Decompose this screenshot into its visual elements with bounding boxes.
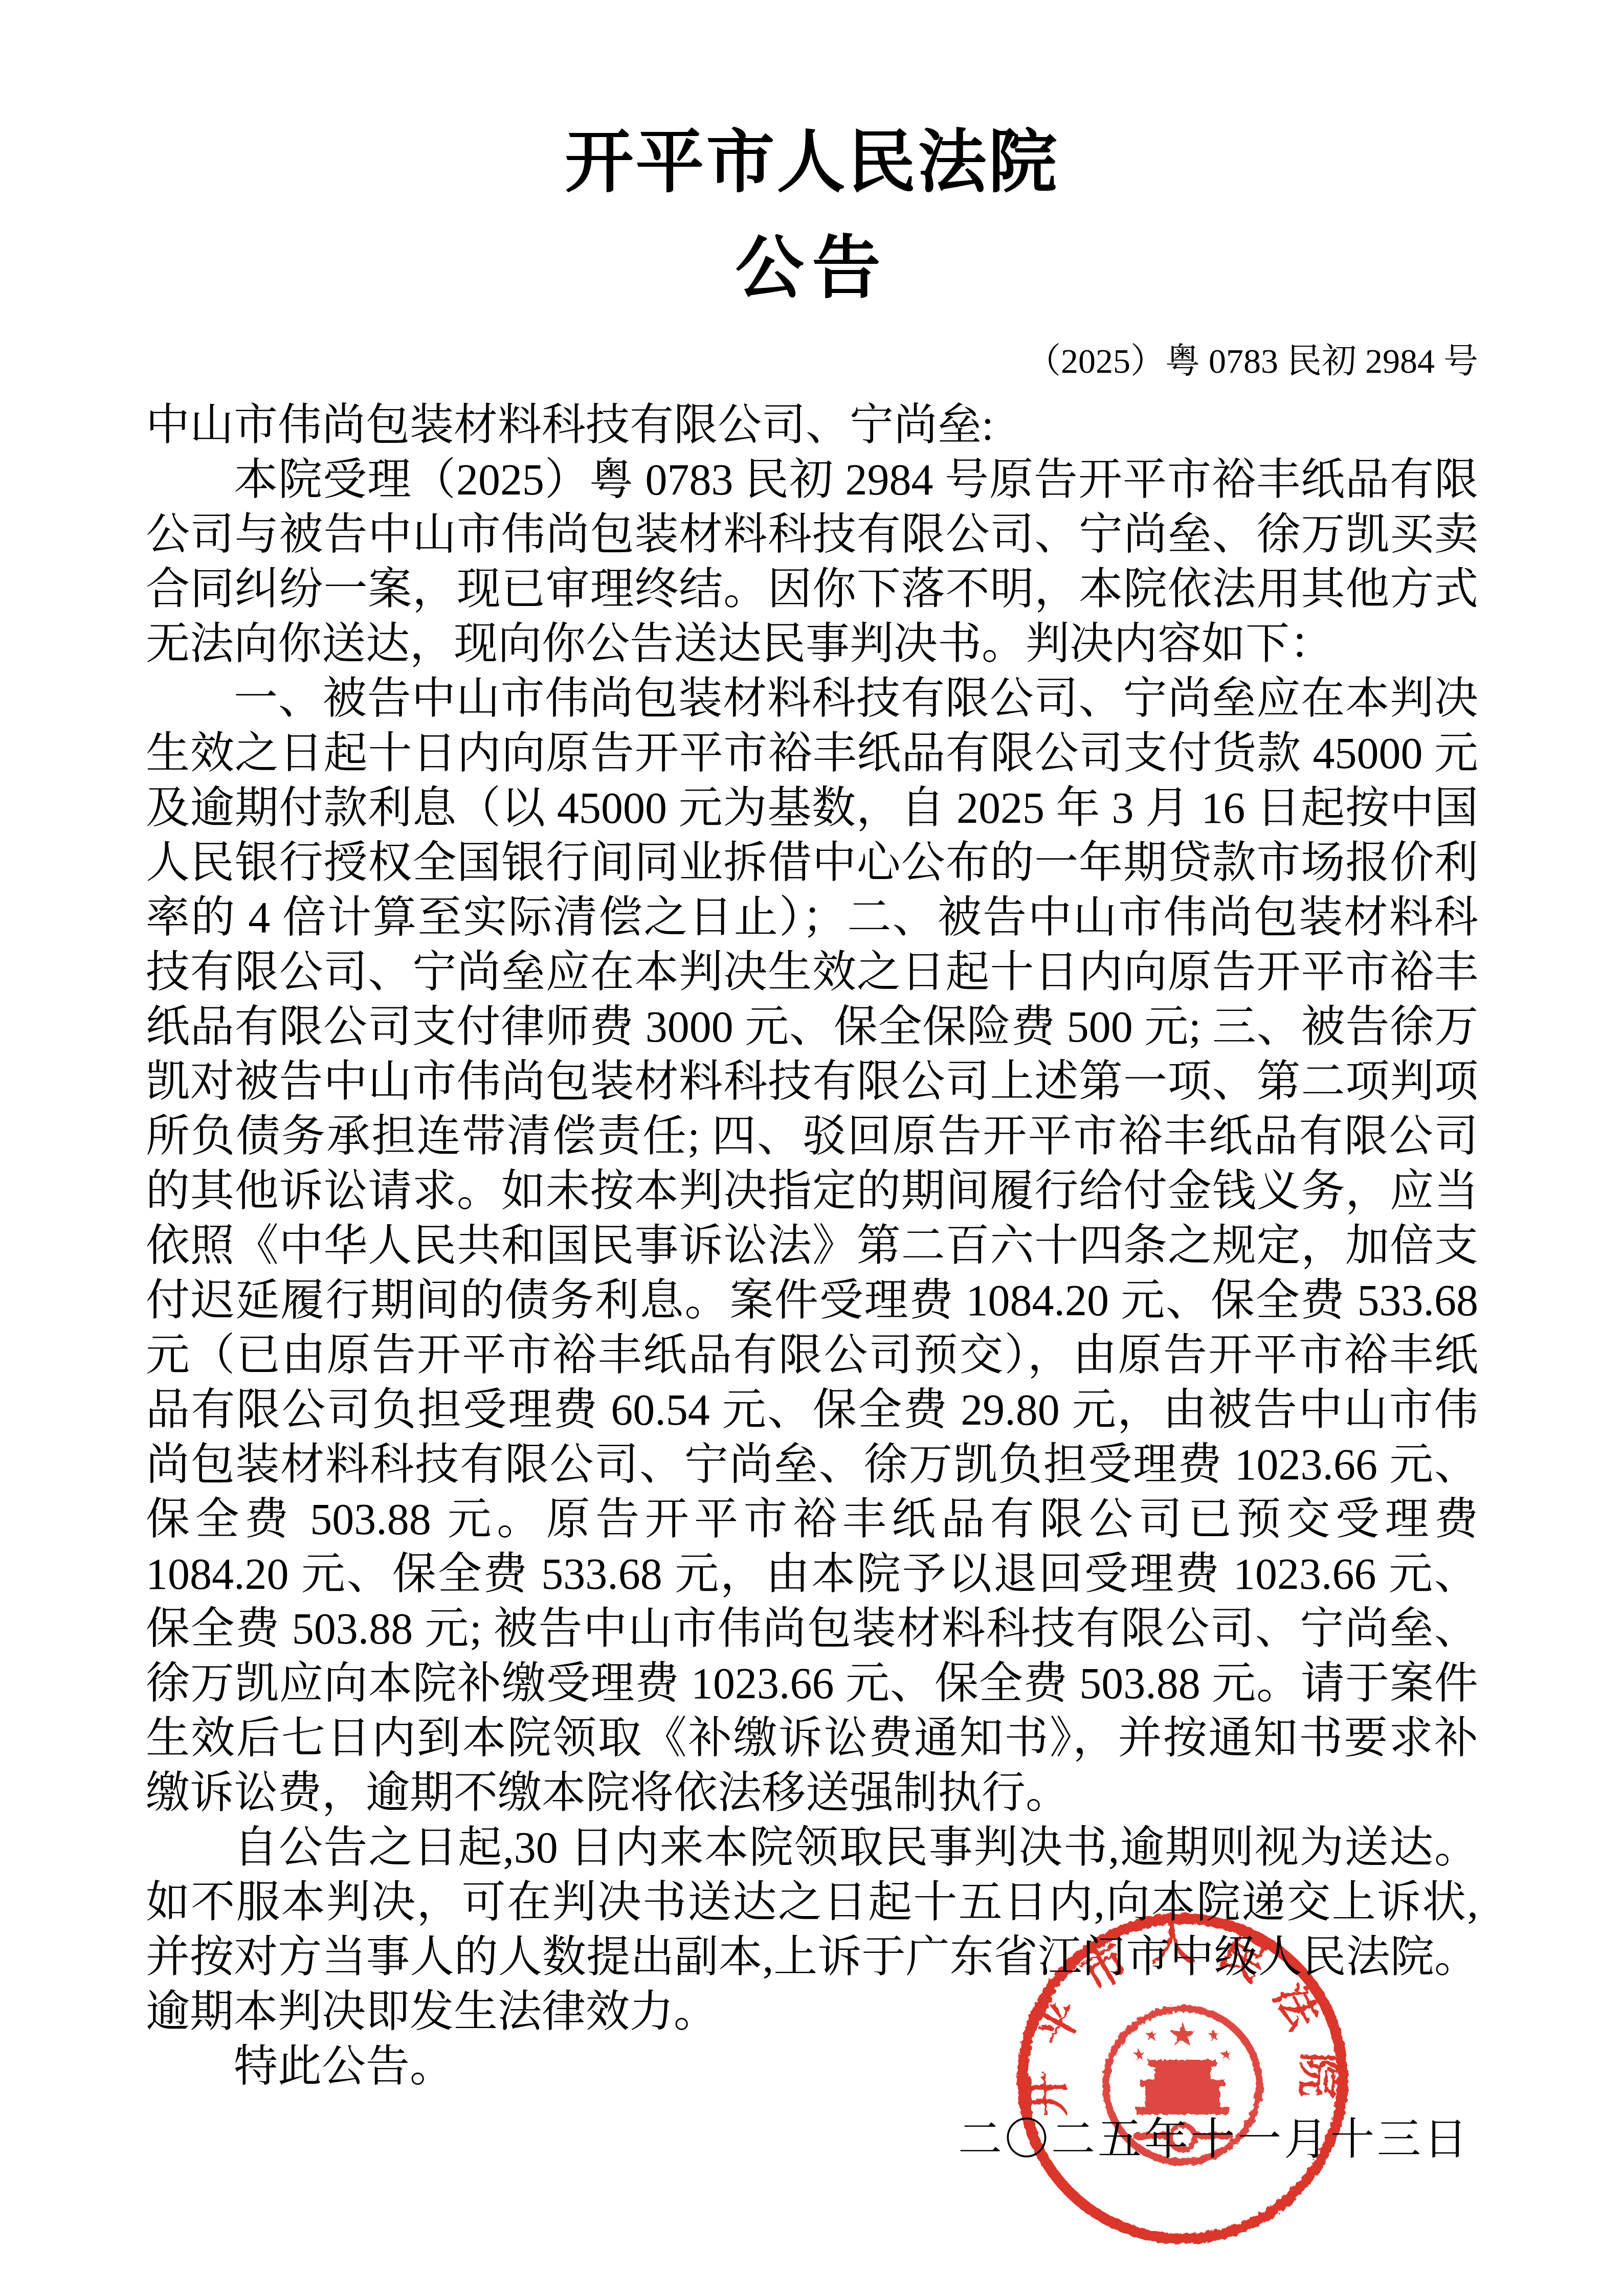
announcement-body: 中山市伟尚包装材料科技有限公司、宁尚垒: 本院受理（2025）粤 0783 民初… <box>146 398 1478 2094</box>
case-number: （2025）粤 0783 民初 2984 号 <box>146 339 1478 384</box>
paragraph-appeal-notice: 自公告之日起,30 日内来本院领取民事判决书,逾期则视为送达。如不服本判决，可在… <box>146 1820 1478 2039</box>
paragraph-closing: 特此公告。 <box>146 2039 1478 2094</box>
issue-date: 二〇二五年十一月十三日 <box>146 2112 1478 2167</box>
addressee-line: 中山市伟尚包装材料科技有限公司、宁尚垒: <box>146 398 1478 453</box>
page-title: 开平市人民法院 <box>146 117 1478 209</box>
paragraph-judgment-content: 一、被告中山市伟尚包装材料科技有限公司、宁尚垒应在本判决生效之日起十日内向原告开… <box>146 671 1478 1820</box>
court-announcement-page: 开平市人民法院 公告 （2025）粤 0783 民初 2984 号 中山市伟尚包… <box>0 0 1624 2296</box>
paragraph-case-summary: 本院受理（2025）粤 0783 民初 2984 号原告开平市裕丰纸品有限公司与… <box>146 453 1478 671</box>
doc-type-title: 公告 <box>146 222 1478 315</box>
